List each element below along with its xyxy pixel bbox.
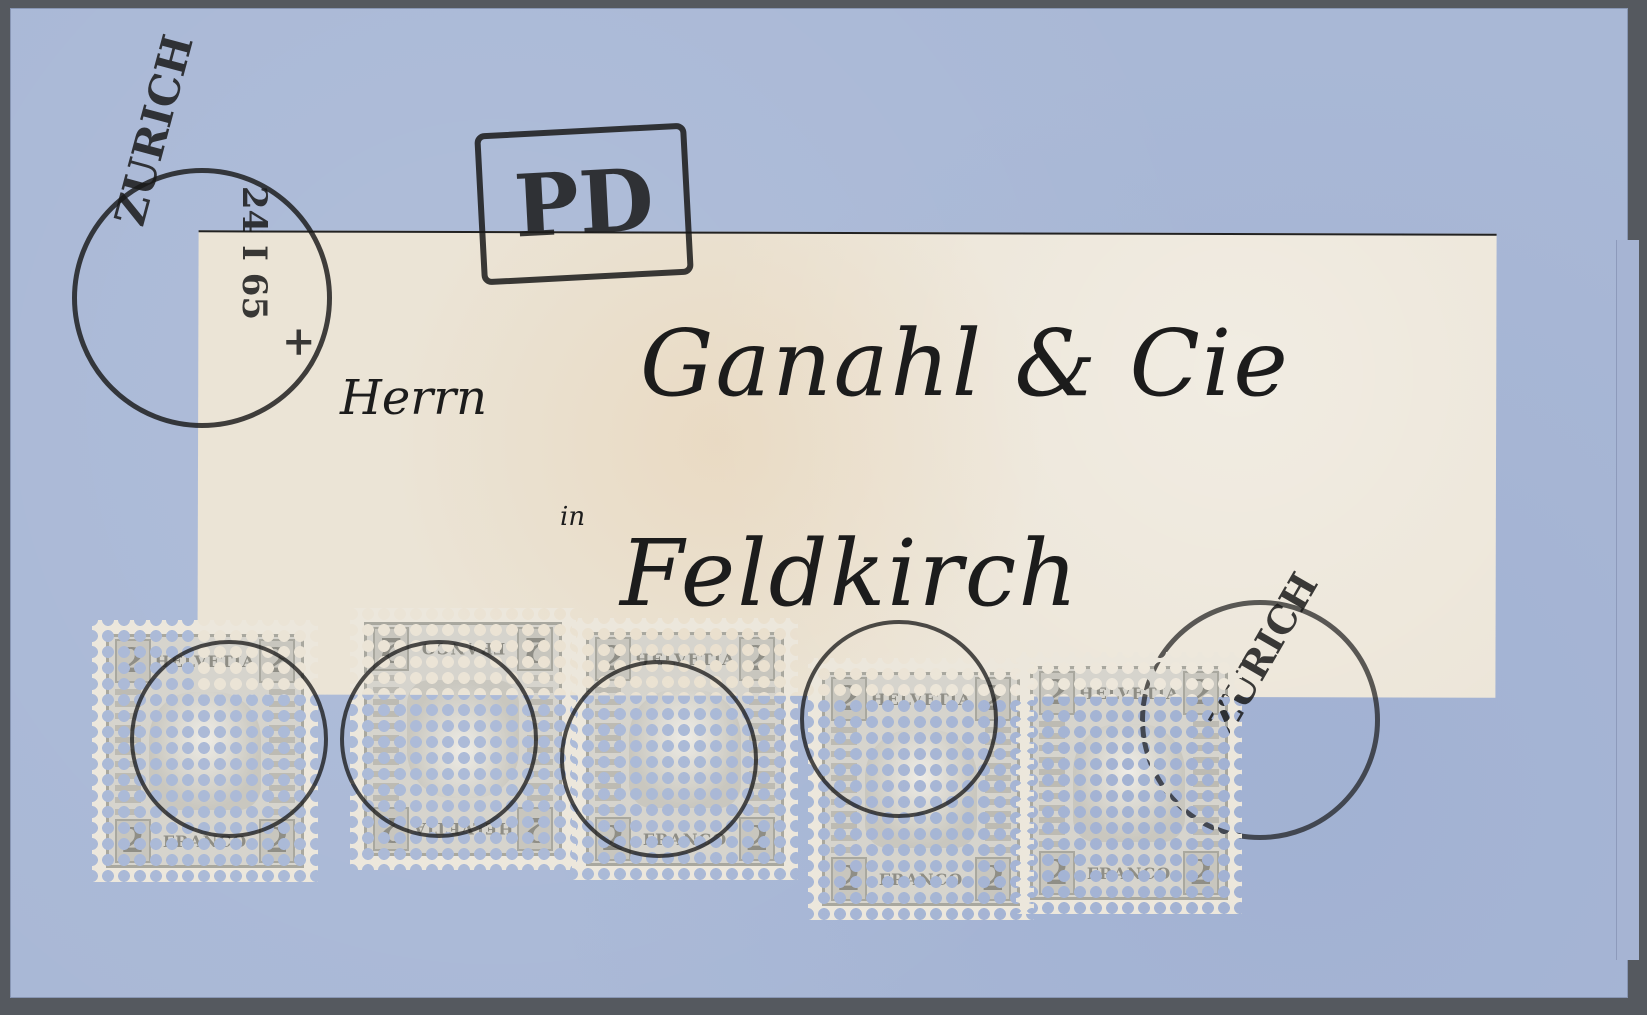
preposition-text: in	[560, 502, 585, 532]
stamp-value: 2	[115, 819, 151, 863]
stamp-cancel-mark	[130, 640, 328, 838]
postage-stamp: 2HELVETIA2 2FRANCO2	[1016, 652, 1242, 914]
swiss-cross-icon: +	[282, 318, 316, 365]
stamp-value: 2	[517, 807, 553, 851]
stamp-cancel-mark	[340, 640, 538, 838]
stamp-cancel-mark	[560, 660, 758, 858]
salutation-text: Herrn	[340, 370, 487, 426]
stamp-value: 2	[975, 857, 1011, 901]
stamp-value: 2	[1039, 851, 1075, 895]
addressee-text: Ganahl & Cie	[640, 310, 1290, 417]
stamp-inscription: FRANCO	[879, 870, 963, 889]
stamp-value: 2	[1039, 671, 1075, 715]
stamp-value: 2	[739, 637, 775, 681]
stamp-value: 2	[1183, 851, 1219, 895]
stamp-value: 2	[115, 639, 151, 683]
stamp-value: 2	[739, 817, 775, 861]
stamp-cancel-mark	[800, 620, 998, 818]
stamp-design: 2HELVETIA2 2FRANCO2	[1030, 666, 1228, 900]
postmark-date: 24 I 65	[234, 186, 274, 320]
destination-text: Feldkirch	[620, 520, 1080, 627]
helvetia-figure-icon	[1073, 724, 1185, 842]
pd-boxed-mark: PD	[474, 123, 694, 286]
stamp-inscription: FRANCO	[1087, 864, 1171, 883]
postmark-top-left: ZURICH 24 I 65 +	[72, 168, 332, 428]
cover-flap	[1616, 240, 1639, 960]
stamp-value: 2	[831, 857, 867, 901]
stamp-value: 2	[517, 627, 553, 671]
stamp-country: HELVETIA	[1078, 684, 1179, 703]
stamp-value: 2	[1183, 671, 1219, 715]
